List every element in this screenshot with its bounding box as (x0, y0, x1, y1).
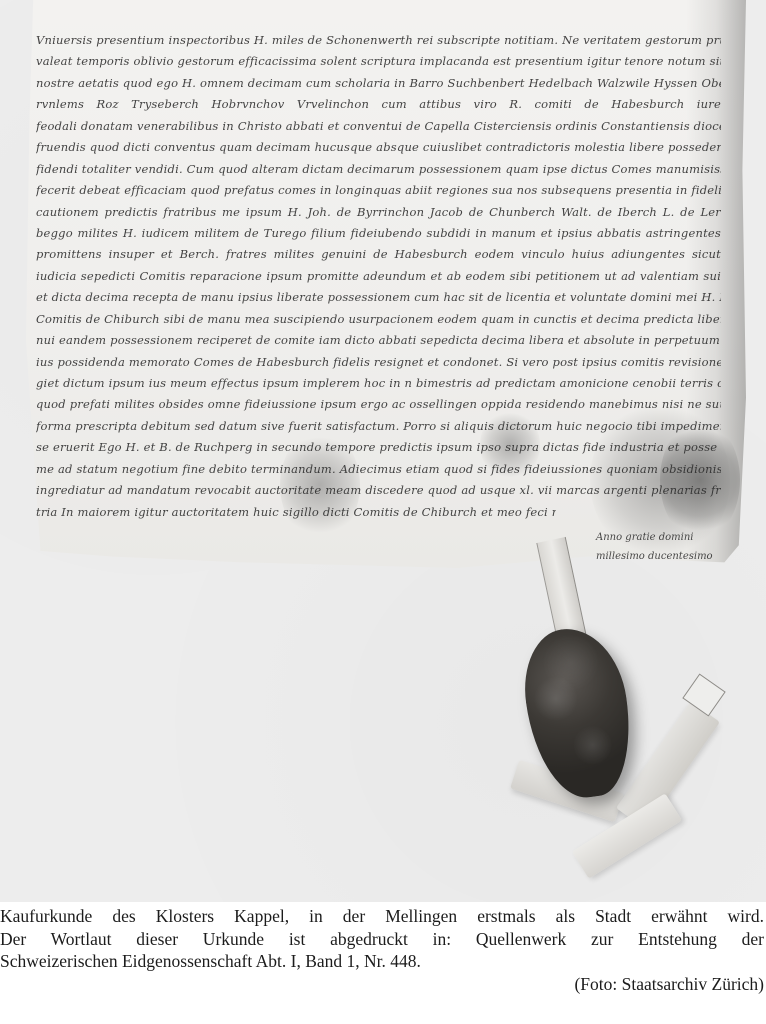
manuscript-line: beggo milites H. iudicem militem de Ture… (36, 223, 721, 243)
manuscript-line: quod prefati milites obsides omne fideiu… (36, 394, 721, 414)
charter-photograph: Vniuersis presentium inspectoribus H. mi… (0, 0, 766, 902)
manuscript-line: fidendi totaliter vendidi. Cum quod alte… (36, 159, 721, 179)
manuscript-line: Comitis de Chiburch sibi de manu mea sus… (36, 309, 721, 329)
caption-line-1: Kaufurkunde des Klosters Kappel, in der … (0, 905, 764, 928)
manuscript-line: cautionem predictis fratribus me ipsum H… (36, 202, 721, 222)
manuscript-line: promittens insuper et Berch. fratres mil… (36, 244, 721, 264)
manuscript-line: rvnlems Roz Tryseberch Hobrvnchov Vrveli… (36, 94, 721, 114)
manuscript-line: nostre aetatis quod ego H. omnem decimam… (36, 73, 721, 93)
manuscript-line: Vniuersis presentium inspectoribus H. mi… (36, 30, 721, 50)
manuscript-line: iudicia sepedicti Comitis reparacione ip… (36, 266, 721, 286)
manuscript-line: feodali donatam venerabilibus in Christo… (36, 116, 721, 136)
manuscript-line: fruendis quod dicti conventus quam decim… (36, 137, 721, 157)
manuscript-line: fecerit debeat efficaciam quod prefatus … (36, 180, 721, 200)
manuscript-line: valeat temporis oblivio gestorum efficac… (36, 51, 721, 71)
manuscript-line: et dicta decima recepta de manu ipsius l… (36, 287, 721, 307)
manuscript-line: forma prescripta debitum sed datum sive … (36, 416, 721, 436)
manuscript-tail-line: millesimo ducentesimo (596, 547, 736, 566)
manuscript-line: nui eandem possessionem reciperet de com… (36, 330, 721, 350)
manuscript-text: Vniuersis presentium inspectoribus H. mi… (36, 30, 721, 523)
manuscript-tail-line: Anno gratie domini (596, 528, 736, 547)
manuscript-line: giet dictum ipsum ius meum effectus ipsu… (36, 373, 721, 393)
manuscript-line: tria In maiorem igitur auctoritatem huic… (36, 502, 556, 522)
figure-caption: Kaufurkunde des Klosters Kappel, in der … (0, 905, 764, 995)
photo-credit: (Foto: Staatsarchiv Zürich) (0, 973, 764, 996)
manuscript-line: me ad statum negotium fine debito termin… (36, 459, 721, 479)
caption-line-2: Der Wortlaut dieser Urkunde ist abgedruc… (0, 928, 764, 951)
manuscript-date-clause: Anno gratie domini millesimo ducentesimo (596, 528, 736, 566)
manuscript-line: ius possidenda memorato Comes de Habesbu… (36, 352, 721, 372)
caption-line-3: Schweizerischen Eidgenossenschaft Abt. I… (0, 950, 764, 973)
manuscript-line: ingrediatur ad mandatum revocabit auctor… (36, 480, 721, 500)
manuscript-line: se eruerit Ego H. et B. de Ruchperg in s… (36, 437, 721, 457)
